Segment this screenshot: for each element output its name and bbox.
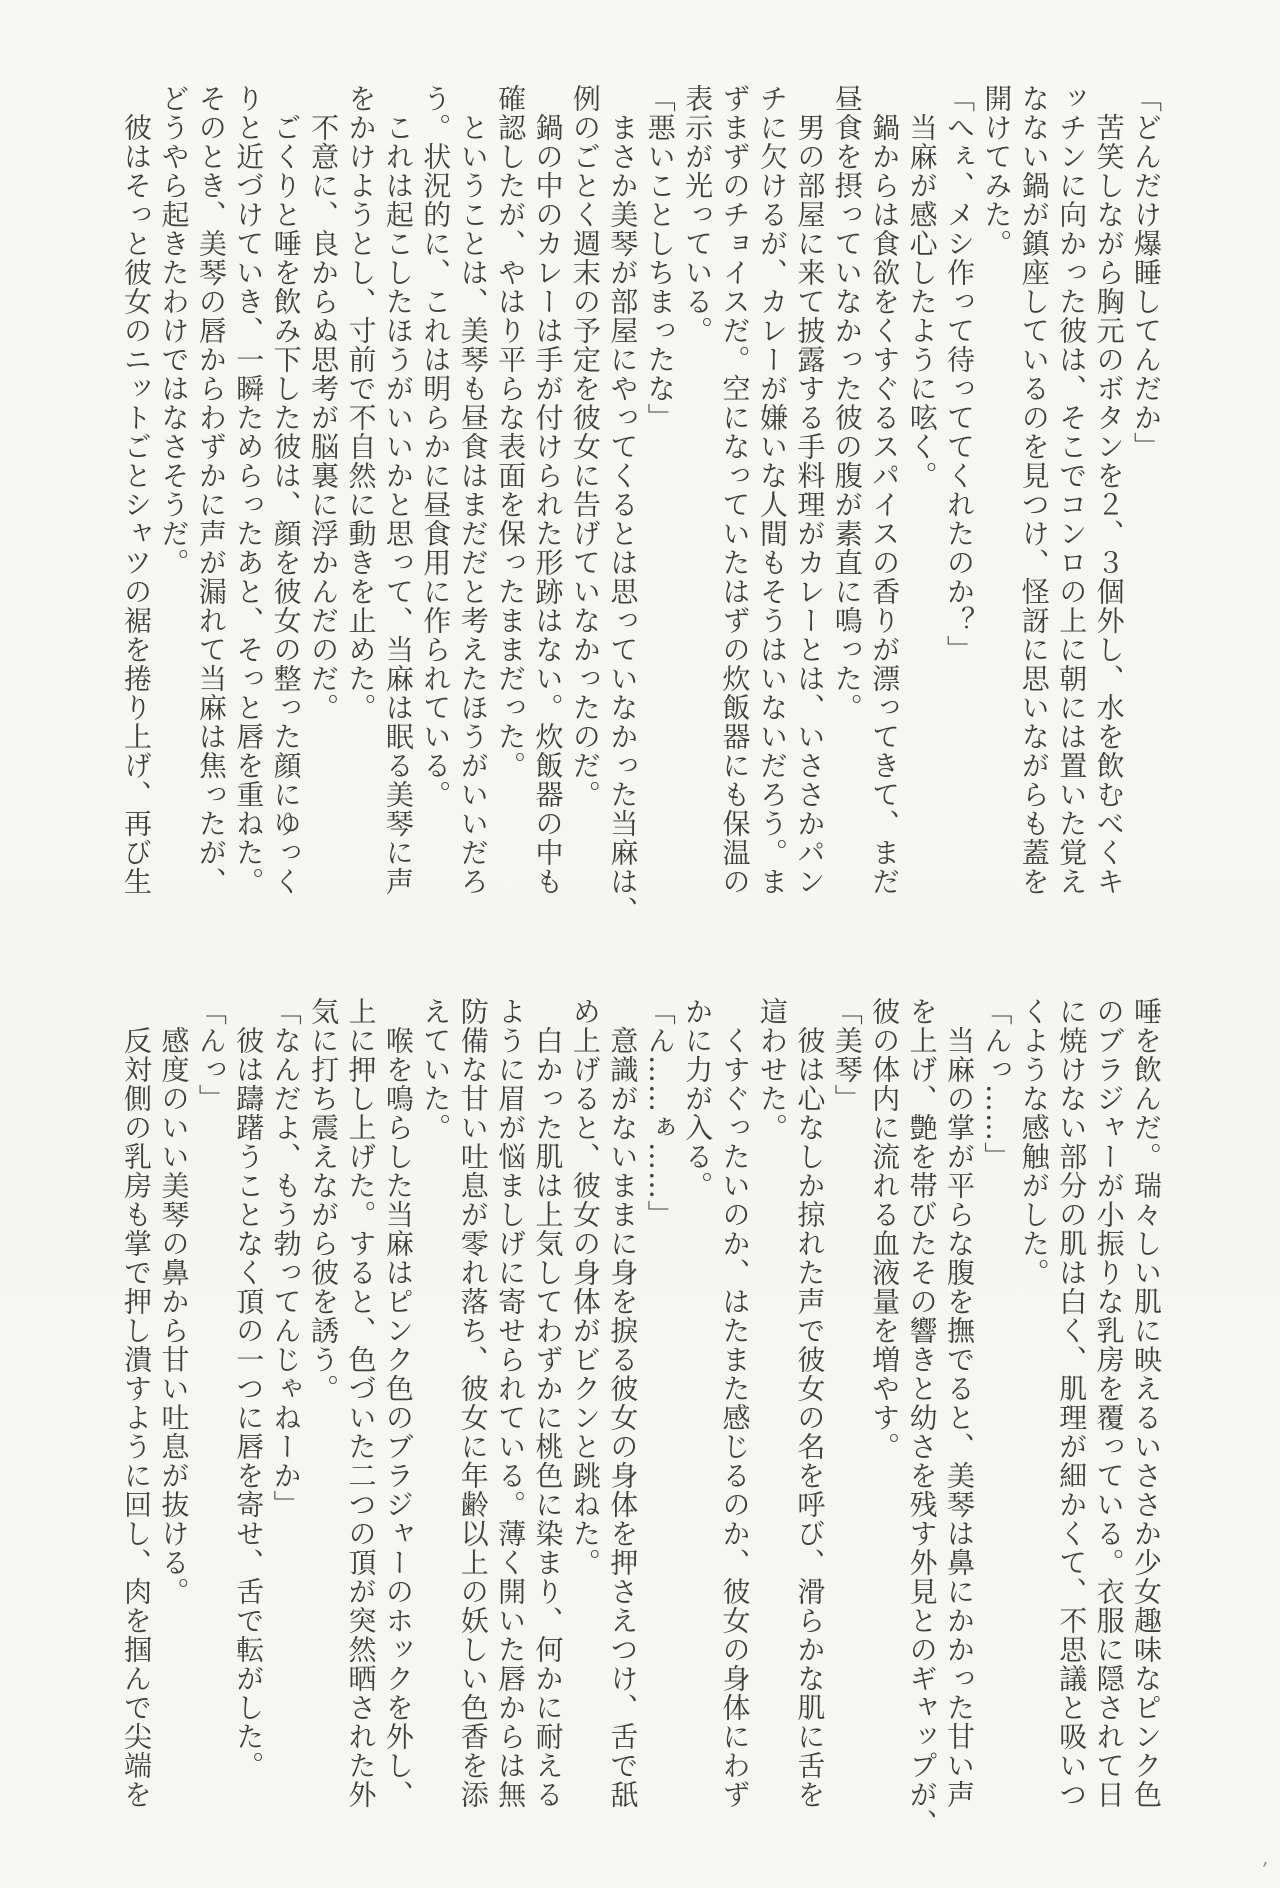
text-column: 当麻が感心したように呟く。 [903, 84, 940, 925]
text-column: をかけようとし、寸前で不自然に動きを止めた。 [342, 84, 379, 925]
text-column: 男の部屋に来て披露する手料理がカレーとは、いささかパン [791, 84, 828, 925]
text-column: 唾を飲んだ。瑞々しい肌に映えるいささか少女趣味なピンク色 [1128, 997, 1165, 1838]
text-column: め上げると、彼女の身体がビクンと跳ねた。 [567, 997, 604, 1838]
text-column: ッチンに向かった彼は、そこでコンロの上に朝には置いた覚え [1053, 84, 1090, 925]
text-column: 開けてみた。 [978, 84, 1015, 925]
text-column: に焼けない部分の肌は白く、肌理が細かくて、不思議と吸いつ [1053, 997, 1090, 1838]
text-column: 防備な甘い吐息が零れ落ち、彼女に年齢以上の妖しい色香を添 [454, 997, 491, 1838]
text-column: 喉を鳴らした当麻はピンク色のブラジャーのホックを外し、 [379, 997, 416, 1838]
text-column: 確認したが、やはり平らな表面を保ったままだった。 [492, 84, 529, 925]
text-column: 「美琴」 [828, 997, 865, 1838]
text-column: なない鍋が鎮座しているのを見つけ、怪訝に思いながらも蓋を [1015, 84, 1052, 925]
text-column: 「悪いことしちまったな」 [641, 84, 678, 925]
text-column: う。状況的に、これは明らかに昼食用に作られている。 [417, 84, 454, 925]
text-column: 上に押し上げた。すると、色づいた二つの頂が突然晒された外 [342, 997, 379, 1838]
text-column: ごくりと唾を飲み下した彼は、顔を彼女の整った顔にゆっく [267, 84, 304, 925]
text-column: 昼食を摂っていなかった彼の腹が素直に鳴った。 [828, 84, 865, 925]
text-column: 彼の体内に流れる血液量を増やす。 [866, 997, 903, 1838]
text-column: 苦笑しながら胸元のボタンを２、３個外し、水を飲むべくキ [1090, 84, 1127, 925]
text-column: 例のごとく週末の予定を彼女に告げていなかったのだ。 [567, 84, 604, 925]
text-column: 白かった肌は上気してわずかに桃色に染まり、何かに耐える [529, 997, 566, 1838]
page-corner-mark: ‚ [1262, 1845, 1268, 1869]
text-column: を上げ、艶を帯びたその響きと幼さを残す外見とのギャップが、 [903, 997, 940, 1838]
scanned-novel-page: 「どんだけ爆睡してんだか」 苦笑しながら胸元のボタンを２、３個外し、水を飲むべく… [0, 0, 1280, 1888]
text-column: 「んっ……」 [978, 997, 1015, 1838]
text-column: ということは、美琴も昼食はまだだと考えたほうがいいだろ [454, 84, 491, 925]
text-column: 気に打ち震えながら彼を誘う。 [305, 997, 342, 1838]
text-column: まさか美琴が部屋にやってくるとは思っていなかった当麻は、 [604, 84, 641, 925]
text-column: 彼は躊躇うことなく頂の一つに唇を寄せ、舌で転がした。 [230, 997, 267, 1838]
text-column: えていた。 [417, 997, 454, 1838]
text-column: ずまずのチョイスだ。空になっていたはずの炊飯器にも保温の [716, 84, 753, 925]
text-column: 鍋の中のカレーは手が付けられた形跡はない。炊飯器の中も [529, 84, 566, 925]
text-column: 「どんだけ爆睡してんだか」 [1128, 84, 1165, 925]
text-column: のブラジャーが小振りな乳房を覆っている。衣服に隠されて日 [1090, 997, 1127, 1838]
text-column: 「なんだよ、もう勃ってんじゃねーか」 [267, 997, 304, 1838]
text-column: かに力が入る。 [679, 997, 716, 1838]
text-column: 感度のいい美琴の鼻から甘い吐息が抜ける。 [155, 997, 192, 1838]
text-column: 「ん……ぁ……」 [641, 997, 678, 1838]
text-column: くような感触がした。 [1015, 997, 1052, 1838]
text-column: チに欠けるが、カレーが嫌いな人間もそうはいないだろう。ま [754, 84, 791, 925]
text-column: 彼は心なしか掠れた声で彼女の名を呼び、滑らかな肌に舌を [791, 997, 828, 1838]
text-column: 当麻の掌が平らな腹を撫でると、美琴は鼻にかかった甘い声 [941, 997, 978, 1838]
text-column: 這わせた。 [754, 997, 791, 1838]
text-column: 表示が光っている。 [679, 84, 716, 925]
top-text-block: 「どんだけ爆睡してんだか」 苦笑しながら胸元のボタンを２、３個外し、水を飲むべく… [118, 84, 1165, 925]
text-column: 彼はそっと彼女のニットごとシャツの裾を捲り上げ、再び生 [118, 84, 155, 925]
text-column: 鍋からは食欲をくすぐるスパイスの香りが漂ってきて、まだ [866, 84, 903, 925]
bottom-text-block: 唾を飲んだ。瑞々しい肌に映えるいささか少女趣味なピンク色のブラジャーが小振りな乳… [118, 997, 1165, 1838]
text-column: ように眉が悩ましげに寄せられている。薄く開いた唇からは無 [492, 997, 529, 1838]
text-column: くすぐったいのか、はたまた感じるのか、彼女の身体にわず [716, 997, 753, 1838]
text-column: 意識がないままに身を捩る彼女の身体を押さえつけ、舌で舐 [604, 997, 641, 1838]
text-column: 不意に、良からぬ思考が脳裏に浮かんだのだ。 [305, 84, 342, 925]
text-column: これは起こしたほうがいいかと思って、当麻は眠る美琴に声 [379, 84, 416, 925]
text-column: りと近づけていき、一瞬ためらったあと、そっと唇を重ねた。 [230, 84, 267, 925]
text-column: 「へぇ、メシ作って待っててくれたのか？」 [941, 84, 978, 925]
text-column: 「んっ」 [192, 997, 229, 1838]
text-column: そのとき、美琴の唇からわずかに声が漏れて当麻は焦ったが、 [192, 84, 229, 925]
text-column: どうやら起きたわけではなさそうだ。 [155, 84, 192, 925]
text-column: 反対側の乳房も掌で押し潰すように回し、肉を掴んで尖端を [118, 997, 155, 1838]
